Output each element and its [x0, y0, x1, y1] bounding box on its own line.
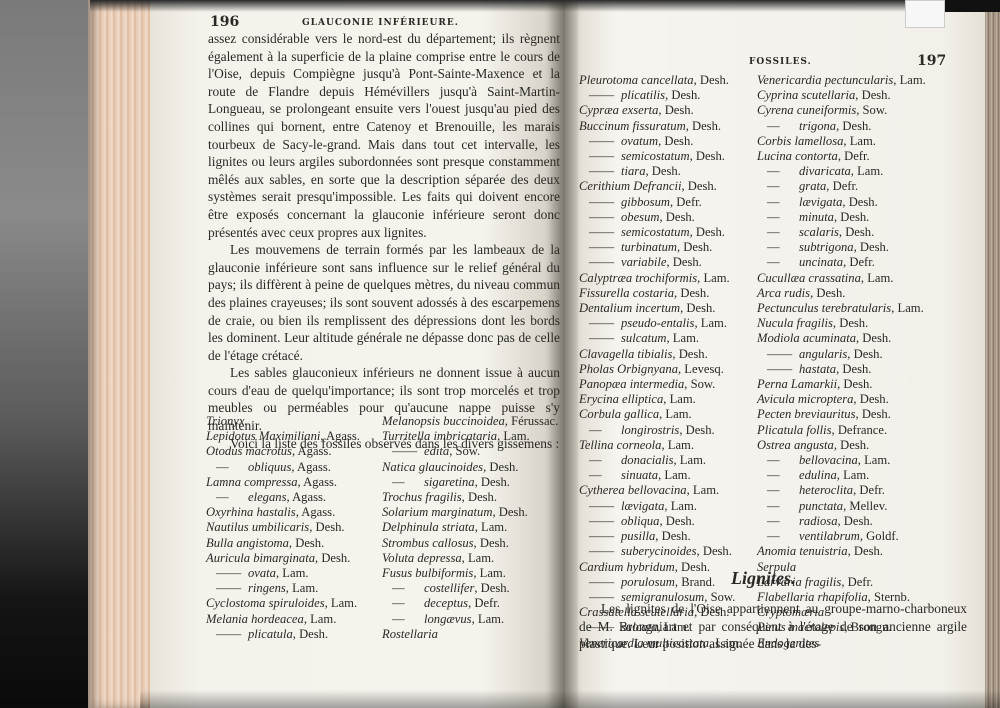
- species-name: sinuata: [621, 468, 658, 482]
- author-abbrev: , Sow.: [449, 444, 480, 458]
- author-abbrev: , Lam.: [475, 520, 508, 534]
- fossil-entry: ——plicatilis, Desh.: [579, 88, 742, 103]
- author-abbrev: , Desh.: [646, 164, 681, 178]
- species-name: porulosum: [621, 575, 675, 589]
- fossil-entry: Dentalium incertum, Desh.: [579, 301, 742, 316]
- fossil-entry: —sigaretina, Desh.: [382, 475, 558, 490]
- author-abbrev: , Defr.: [838, 149, 870, 163]
- ditto-dash: ——: [589, 255, 621, 270]
- species-name: Pectunculus terebratularis: [757, 301, 891, 315]
- fossil-entry: Buccinum fissuratum, Desh.: [579, 119, 742, 134]
- bottom-shadow: [140, 690, 1000, 708]
- author-abbrev: , Desh.: [665, 88, 700, 102]
- species-name: ventilabrum: [799, 529, 860, 543]
- author-abbrev: , Desh.: [847, 347, 882, 361]
- author-abbrev: , Desh.: [289, 536, 324, 550]
- species-name: longævus: [424, 612, 472, 626]
- paragraph-1: assez considérable vers le nord-est du d…: [208, 30, 560, 241]
- author-abbrev: , Lam.: [473, 566, 506, 580]
- fossil-entry: Strombus callosus, Desh.: [382, 536, 558, 551]
- species-name: Lepidotus Maximiliani: [206, 429, 320, 443]
- author-abbrev: , Desh.: [293, 627, 328, 641]
- author-abbrev: , Desh.: [856, 331, 891, 345]
- species-name: Panopæa intermedia: [579, 377, 684, 391]
- paragraph-2: Les mouvemens de terrain formés par les …: [208, 241, 560, 364]
- lignites-paragraph: Les lignites de l'Oise appartiennent au …: [579, 600, 967, 653]
- species-name: edulina: [799, 468, 837, 482]
- fossil-entry: Trochus fragilis, Desh.: [382, 490, 558, 505]
- ditto-dash: —: [767, 225, 799, 240]
- author-abbrev: , Defr.: [843, 255, 875, 269]
- fossil-entry: Calyptræa trochiformis, Lam.: [579, 271, 742, 286]
- author-abbrev: , Agass.: [296, 505, 336, 519]
- fossil-entry: Arca rudis, Desh.: [757, 286, 926, 301]
- species-name: Perna Lamarkii: [757, 377, 837, 391]
- fossil-entry: —bellovacina, Lam.: [757, 453, 926, 468]
- ditto-dash: —: [767, 453, 799, 468]
- species-name: Buccinum fissuratum: [579, 119, 686, 133]
- author-abbrev: , Defrance.: [832, 423, 888, 437]
- species-name: Calyptræa trochiformis: [579, 271, 697, 285]
- author-abbrev: , Desh.: [686, 119, 721, 133]
- fossil-entry: Corbula gallica, Lam.: [579, 407, 742, 422]
- species-name: Nucula fragilis: [757, 316, 833, 330]
- fossil-entry: Lepidotus Maximiliani, Agass.: [206, 429, 360, 444]
- author-abbrev: , Desh.: [834, 210, 869, 224]
- author-abbrev: , Lam.: [666, 331, 699, 345]
- author-abbrev: , Sow.: [684, 377, 715, 391]
- fossil-entry: Fusus bulbiformis, Lam.: [382, 566, 558, 581]
- fossil-entry: Clavagella tibialis, Desh.: [579, 347, 742, 362]
- ditto-dash: —: [767, 529, 799, 544]
- author-abbrev: , Lam.: [664, 499, 697, 513]
- species-name: Plicatula follis: [757, 423, 832, 437]
- author-abbrev: , Lam.: [497, 429, 530, 443]
- species-name: Fusus bulbiformis: [382, 566, 473, 580]
- fossil-list-left-col2: Melanopsis buccinoidea, Férussac.Turrite…: [382, 414, 558, 642]
- fossil-entry: Turritella imbricataria, Lam.: [382, 429, 558, 444]
- ditto-dash: —: [767, 179, 799, 194]
- fossil-entry: Melanopsis buccinoidea, Férussac.: [382, 414, 558, 429]
- species-name: scalaris: [799, 225, 839, 239]
- fossil-entry: ——porulosum, Brand.: [579, 575, 742, 590]
- author-abbrev: , Desh.: [483, 460, 518, 474]
- ditto-dash: ——: [216, 627, 248, 642]
- species-name: semicostatum: [621, 225, 690, 239]
- ditto-dash: ——: [589, 149, 621, 164]
- species-name: Rostellaria: [382, 627, 438, 641]
- species-name: Pholas Orbignyana: [579, 362, 678, 376]
- fossil-entry: Lamna compressa, Agass.: [206, 475, 360, 490]
- fossil-entry: Pectunculus terebratularis, Lam.: [757, 301, 926, 316]
- ditto-dash: ——: [589, 499, 621, 514]
- fossil-entry: Corbis lamellosa, Lam.: [757, 134, 926, 149]
- species-name: Dentalium incertum: [579, 301, 680, 315]
- author-abbrev: , Mellev.: [843, 499, 887, 513]
- ditto-dash: ——: [767, 347, 799, 362]
- ditto-dash: ——: [392, 444, 424, 459]
- species-name: punctata: [799, 499, 843, 513]
- paper-slip: [905, 0, 945, 28]
- species-name: Trionyx.: [206, 414, 248, 428]
- ditto-dash: —: [767, 195, 799, 210]
- author-abbrev: , Desh.: [836, 362, 871, 376]
- author-abbrev: , Agass.: [286, 490, 326, 504]
- fossil-entry: Cypræa exserta, Desh.: [579, 103, 742, 118]
- fossil-entry: —obliquus, Agass.: [206, 460, 360, 475]
- ditto-dash: —: [767, 164, 799, 179]
- species-name: pseudo-entalis: [621, 316, 694, 330]
- author-abbrev: , Desh.: [492, 505, 527, 519]
- ditto-dash: —: [767, 119, 799, 134]
- species-name: plicatula: [248, 627, 293, 641]
- fossil-entry: Trionyx.: [206, 414, 360, 429]
- fossil-entry: Plicatula follis, Defrance.: [757, 423, 926, 438]
- ditto-dash: ——: [589, 514, 621, 529]
- fossil-entry: Panopæa intermedia, Sow.: [579, 377, 742, 392]
- fossil-entry: Otodus macrotus, Agass.: [206, 444, 360, 459]
- author-abbrev: , Defr.: [468, 596, 500, 610]
- author-abbrev: , Defr.: [670, 195, 702, 209]
- species-name: deceptus: [424, 596, 468, 610]
- species-name: suberycinoides: [621, 544, 697, 558]
- species-name: Cerithium Defrancii: [579, 179, 682, 193]
- fossil-entry: Cyrena cuneiformis, Sow.: [757, 103, 926, 118]
- fossil-entry: Anomia tenuistria, Desh.: [757, 544, 926, 559]
- author-abbrev: , Desh.: [674, 286, 709, 300]
- species-name: semicostatum: [621, 149, 690, 163]
- author-abbrev: , Desh.: [690, 149, 725, 163]
- species-name: Cucullæa crassatina: [757, 271, 861, 285]
- fossil-entry: —minuta, Desh.: [757, 210, 926, 225]
- species-name: trigona: [799, 119, 836, 133]
- author-abbrev: , Brand.: [675, 575, 715, 589]
- fossil-entry: —grata, Defr.: [757, 179, 926, 194]
- species-name: sulcatum: [621, 331, 666, 345]
- ditto-dash: ——: [767, 362, 799, 377]
- fossil-entry: Cardium hybridum, Desh.: [579, 560, 742, 575]
- species-name: Delphinula striata: [382, 520, 475, 534]
- author-abbrev: , Desh.: [658, 103, 693, 117]
- species-name: angularis: [799, 347, 847, 361]
- species-name: lævigata: [799, 195, 842, 209]
- author-abbrev: , Lam.: [276, 566, 309, 580]
- author-abbrev: , Desh.: [854, 240, 889, 254]
- species-name: Pleurotoma cancellata: [579, 73, 694, 87]
- fossil-entry: Nautilus umbilicaris, Desh.: [206, 520, 360, 535]
- author-abbrev: , Defr.: [826, 179, 858, 193]
- author-abbrev: , Lam.: [861, 271, 894, 285]
- species-name: obliquus: [248, 460, 291, 474]
- fossil-entry: —trigona, Desh.: [757, 119, 926, 134]
- species-name: Cyclostoma spiruloides: [206, 596, 325, 610]
- author-abbrev: , Desh.: [658, 134, 693, 148]
- ditto-dash: —: [767, 468, 799, 483]
- species-name: Cytherea bellovacina: [579, 483, 687, 497]
- fossil-entry: Oxyrhina hastalis, Agass.: [206, 505, 360, 520]
- species-name: Nautilus umbilicaris: [206, 520, 309, 534]
- ditto-dash: —: [767, 240, 799, 255]
- fossil-entry: Ostrea angusta, Desh.: [757, 438, 926, 453]
- fossil-entry: Cyclostoma spiruloides, Lam.: [206, 596, 360, 611]
- ditto-dash: ——: [589, 88, 621, 103]
- fossil-entry: ——sulcatum, Lam.: [579, 331, 742, 346]
- fossil-entry: Venericardia pectuncularis, Lam.: [757, 73, 926, 88]
- author-abbrev: , Desh.: [677, 240, 712, 254]
- ditto-dash: ——: [589, 210, 621, 225]
- fossil-entry: ——obliqua, Desh.: [579, 514, 742, 529]
- species-name: Oxyrhina hastalis: [206, 505, 296, 519]
- species-name: radiosa: [799, 514, 838, 528]
- fossil-entry: ——turbinatum, Desh.: [579, 240, 742, 255]
- author-abbrev: , Defr.: [853, 483, 885, 497]
- author-abbrev: , Lam.: [858, 453, 891, 467]
- ditto-dash: —: [216, 460, 248, 475]
- ditto-dash: —: [392, 475, 424, 490]
- lignites-prose: Les lignites de l'Oise appartiennent au …: [579, 600, 967, 653]
- author-abbrev: , Lam.: [837, 468, 870, 482]
- species-name: sigaretina: [424, 475, 475, 489]
- species-name: Tellina corneola: [579, 438, 661, 452]
- author-abbrev: , Desh.: [659, 210, 694, 224]
- species-name: pusilla: [621, 529, 655, 543]
- species-name: Fissurella costaria: [579, 286, 674, 300]
- author-abbrev: , Lam.: [697, 271, 730, 285]
- fossil-entry: —sinuata, Lam.: [579, 468, 742, 483]
- ditto-dash: —: [589, 423, 621, 438]
- fossil-entry: Nucula fragilis, Desh.: [757, 316, 926, 331]
- fossil-entry: —radiosa, Desh.: [757, 514, 926, 529]
- fossil-list-right-col2: Venericardia pectuncularis, Lam.Cyprina …: [757, 73, 926, 651]
- fossil-entry: Auricula bimarginata, Desh.: [206, 551, 360, 566]
- fossil-entry: Pleurotoma cancellata, Desh.: [579, 73, 742, 88]
- author-abbrev: , Desh.: [836, 119, 871, 133]
- author-abbrev: , Desh.: [853, 392, 888, 406]
- species-name: costellifer: [424, 581, 474, 595]
- fossil-list-left-col1: Trionyx.Lepidotus Maximiliani, Agass.Oto…: [206, 414, 360, 642]
- author-abbrev: , Agass.: [292, 444, 332, 458]
- author-abbrev: , Desh.: [834, 438, 869, 452]
- fossil-entry: Rostellaria: [382, 627, 558, 642]
- author-abbrev: , Desh.: [675, 560, 710, 574]
- author-abbrev: , Férussac.: [505, 414, 559, 428]
- species-name: Turritella imbricataria: [382, 429, 497, 443]
- left-prose: assez considérable vers le nord-est du d…: [208, 30, 560, 452]
- author-abbrev: , Agass.: [320, 429, 360, 443]
- author-abbrev: , Desh.: [810, 286, 845, 300]
- author-abbrev: , Desh.: [655, 529, 690, 543]
- author-abbrev: , Desh.: [680, 301, 715, 315]
- species-name: Ostrea angusta: [757, 438, 834, 452]
- species-name: Avicula microptera: [757, 392, 853, 406]
- author-abbrev: , Desh.: [682, 179, 717, 193]
- fossil-entry: Pecten breviauritus, Desh.: [757, 407, 926, 422]
- author-abbrev: , Lam.: [659, 407, 692, 421]
- fossil-entry: Voluta depressa, Lam.: [382, 551, 558, 566]
- author-abbrev: , Lam.: [673, 453, 706, 467]
- species-name: Auricula bimarginata: [206, 551, 315, 565]
- species-name: Venericardia pectuncularis: [757, 73, 893, 87]
- species-name: tiara: [621, 164, 646, 178]
- species-name: Corbis lamellosa: [757, 134, 843, 148]
- species-name: Lucina contorta: [757, 149, 838, 163]
- top-shadow: [90, 0, 1000, 12]
- author-abbrev: , Lam.: [843, 134, 876, 148]
- species-name: Pecten breviauritus: [757, 407, 856, 421]
- author-abbrev: , Defr.: [841, 575, 873, 589]
- fossil-entry: ——ringens, Lam.: [206, 581, 360, 596]
- fossil-entry: Avicula microptera, Desh.: [757, 392, 926, 407]
- species-name: Erycina elliptica: [579, 392, 663, 406]
- ditto-dash: —: [767, 483, 799, 498]
- species-name: Lamna compressa: [206, 475, 298, 489]
- fossil-entry: ——variabile, Desh.: [579, 255, 742, 270]
- page-number-left: 196: [210, 14, 239, 30]
- author-abbrev: , Lam.: [893, 73, 926, 87]
- author-abbrev: , Agass.: [298, 475, 338, 489]
- species-name: grata: [799, 179, 826, 193]
- author-abbrev: , Lam.: [891, 301, 924, 315]
- species-name: elegans: [248, 490, 286, 504]
- author-abbrev: , Desh.: [833, 316, 868, 330]
- species-name: gibbosum: [621, 195, 670, 209]
- author-abbrev: , Lam.: [663, 392, 696, 406]
- ditto-dash: ——: [589, 544, 621, 559]
- ditto-dash: ——: [216, 581, 248, 596]
- author-abbrev: , Desh.: [842, 195, 877, 209]
- fossil-entry: Natica glaucinoides, Desh.: [382, 460, 558, 475]
- author-abbrev: , Lam.: [694, 316, 727, 330]
- ditto-dash: —: [589, 468, 621, 483]
- species-name: plicatilis: [621, 88, 665, 102]
- fossil-entry: ——gibbosum, Defr.: [579, 195, 742, 210]
- author-abbrev: , Lam.: [462, 551, 495, 565]
- page-edges-left: [88, 0, 158, 708]
- author-abbrev: , Desh.: [839, 225, 874, 239]
- ditto-dash: ——: [589, 331, 621, 346]
- species-name: Cyprina scutellaria: [757, 88, 855, 102]
- species-name: divaricata: [799, 164, 851, 178]
- fossil-entry: ——angularis, Desh.: [757, 347, 926, 362]
- author-abbrev: , Lam.: [472, 612, 505, 626]
- species-name: ringens: [248, 581, 286, 595]
- species-name: Bulla angistoma: [206, 536, 289, 550]
- fossil-entry: Bulla angistoma, Desh.: [206, 536, 360, 551]
- species-name: uncinata: [799, 255, 843, 269]
- author-abbrev: , Desh.: [837, 377, 872, 391]
- fossil-entry: ——tiara, Desh.: [579, 164, 742, 179]
- species-name: ovatum: [621, 134, 658, 148]
- species-name: turbinatum: [621, 240, 677, 254]
- species-name: obesum: [621, 210, 659, 224]
- fossil-entry: Melania hordeacea, Lam.: [206, 612, 360, 627]
- fossil-entry: —costellifer, Desh.: [382, 581, 558, 596]
- fossil-entry: —longirostris, Desh.: [579, 423, 742, 438]
- left-page: 196 GLAUCONIE INFÉRIEURE. assez considér…: [150, 0, 565, 708]
- author-abbrev: , Desh.: [315, 551, 350, 565]
- fossil-entry: —uncinata, Defr.: [757, 255, 926, 270]
- species-name: Solarium marginatum: [382, 505, 492, 519]
- fossil-entry: Cerithium Defrancii, Desh.: [579, 179, 742, 194]
- species-name: bellovacina: [799, 453, 858, 467]
- fossil-entry: ——semicostatum, Desh.: [579, 149, 742, 164]
- ditto-dash: —: [392, 581, 424, 596]
- section-title-lignites: Lignites.: [731, 568, 796, 589]
- species-name: Melania hordeacea: [206, 612, 304, 626]
- ditto-dash: ——: [589, 225, 621, 240]
- species-name: subtrigona: [799, 240, 854, 254]
- species-name: Arca rudis: [757, 286, 810, 300]
- author-abbrev: , Desh.: [855, 88, 890, 102]
- species-name: Melanopsis buccinoidea: [382, 414, 505, 428]
- species-name: Cyrena cuneiformis: [757, 103, 856, 117]
- fossil-entry: Perna Lamarkii, Desh.: [757, 377, 926, 392]
- fossil-entry: Tellina corneola, Lam.: [579, 438, 742, 453]
- fossil-entry: Lucina contorta, Defr.: [757, 149, 926, 164]
- species-name: donacialis: [621, 453, 673, 467]
- ditto-dash: ——: [589, 575, 621, 590]
- ditto-dash: —: [767, 255, 799, 270]
- species-name: obliqua: [621, 514, 659, 528]
- author-abbrev: , Lam.: [851, 164, 884, 178]
- author-abbrev: , Desh.: [838, 514, 873, 528]
- fossil-entry: Modiola acuminata, Desh.: [757, 331, 926, 346]
- page-number-right: 197: [917, 53, 946, 69]
- ditto-dash: —: [767, 514, 799, 529]
- fossil-list-right-col1: Pleurotoma cancellata, Desh.——plicatilis…: [579, 73, 742, 651]
- fossil-entry: —heteroclita, Defr.: [757, 483, 926, 498]
- species-name: Corbula gallica: [579, 407, 659, 421]
- ditto-dash: ——: [589, 195, 621, 210]
- author-abbrev: , Lam.: [304, 612, 337, 626]
- species-name: lævigata: [621, 499, 664, 513]
- fossil-entry: ——pseudo-entalis, Lam.: [579, 316, 742, 331]
- author-abbrev: , Desh.: [666, 255, 701, 269]
- fossil-entry: Pholas Orbignyana, Levesq.: [579, 362, 742, 377]
- fossil-entry: —punctata, Mellev.: [757, 499, 926, 514]
- scanned-book-spread: 196 GLAUCONIE INFÉRIEURE. assez considér…: [0, 0, 1000, 708]
- species-name: Trochus fragilis: [382, 490, 462, 504]
- ditto-dash: —: [767, 499, 799, 514]
- fossil-entry: Cyprina scutellaria, Desh.: [757, 88, 926, 103]
- species-name: longirostris: [621, 423, 679, 437]
- author-abbrev: , Desh.: [462, 490, 497, 504]
- fossil-entry: ——obesum, Desh.: [579, 210, 742, 225]
- fossil-entry: Delphinula striata, Lam.: [382, 520, 558, 535]
- fossil-entry: —lævigata, Desh.: [757, 195, 926, 210]
- author-abbrev: , Desh.: [672, 347, 707, 361]
- species-name: edita: [424, 444, 449, 458]
- author-abbrev: , Desh.: [475, 475, 510, 489]
- species-name: hastata: [799, 362, 836, 376]
- ditto-dash: ——: [589, 529, 621, 544]
- ditto-dash: ——: [216, 566, 248, 581]
- fossil-entry: —subtrigona, Desh.: [757, 240, 926, 255]
- species-name: Modiola acuminata: [757, 331, 856, 345]
- author-abbrev: , Lam.: [687, 483, 720, 497]
- running-title-left: GLAUCONIE INFÉRIEURE.: [302, 18, 459, 28]
- fossil-entry: —scalaris, Desh.: [757, 225, 926, 240]
- fossil-entry: —elegans, Agass.: [206, 490, 360, 505]
- fossil-entry: —ventilabrum, Goldf.: [757, 529, 926, 544]
- fossil-entry: ——semicostatum, Desh.: [579, 225, 742, 240]
- ditto-dash: ——: [589, 164, 621, 179]
- fossil-entry: Solarium marginatum, Desh.: [382, 505, 558, 520]
- author-abbrev: , Desh.: [697, 544, 732, 558]
- right-page: FOSSILES. 197 Pleurotoma cancellata, Des…: [565, 0, 985, 708]
- fossil-entry: ——lævigata, Lam.: [579, 499, 742, 514]
- running-title-right: FOSSILES.: [749, 57, 812, 67]
